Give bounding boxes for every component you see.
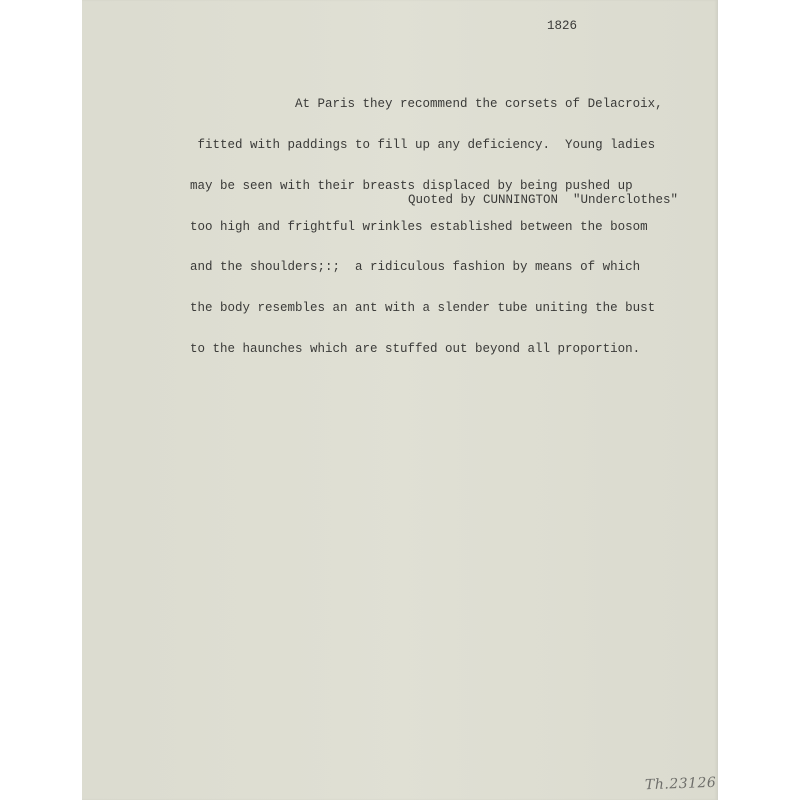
quote-line: the body resembles an ant with a slender… xyxy=(190,302,663,316)
quote-body: At Paris they recommend the corsets of D… xyxy=(190,71,663,384)
quote-line: too high and frightful wrinkles establis… xyxy=(190,221,663,235)
quote-line: At Paris they recommend the corsets of D… xyxy=(190,98,663,112)
quote-line: and the shoulders;:; a ridiculous fashio… xyxy=(190,261,663,275)
quote-line: to the haunches which are stuffed out be… xyxy=(190,343,663,357)
attribution: Quoted by CUNNINGTON "Underclothes" xyxy=(408,193,678,207)
page-year: 1826 xyxy=(547,19,577,33)
quote-line: fitted with paddings to fill up any defi… xyxy=(190,139,663,153)
quote-line: may be seen with their breasts displaced… xyxy=(190,180,663,194)
typed-page: 1826 At Paris they recommend the corsets… xyxy=(82,0,718,800)
handwritten-catalog-mark: Th.23126 xyxy=(645,775,717,793)
